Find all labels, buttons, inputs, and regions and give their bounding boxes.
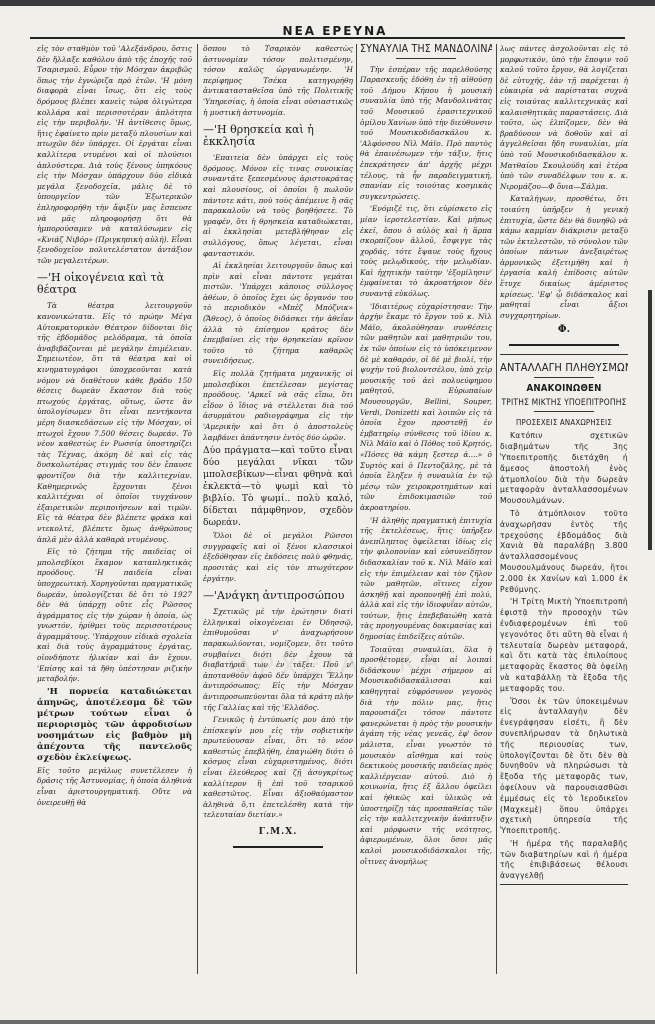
title-rule xyxy=(534,411,594,412)
scan-top-edge xyxy=(0,0,655,6)
notice-subtitle: ΤΡΙΤΗΣ ΜΙΚΤΗΣ ΥΠΟΕΠΙΤΡΟΠΗΣ xyxy=(500,397,628,408)
section-heading-representation: —'Ανάγκη ἀντιπροσώπου xyxy=(203,590,353,602)
article-title-mandolinata: ΣΥΝΑΥΛΙΑ ΤΗΣ ΜΑΝΔΟΛΙΝΑΤΑΣ xyxy=(360,44,492,55)
notice-paragraph: Τὸ ἀτμόπλοιον τοῦτο ἀναχωρῆσαν ἐντὸς τῆς… xyxy=(500,509,628,595)
article-paragraph: 'Ενόμιζέ τις, ὅτι εὑρίσκετο εἰς μίαν ἱερ… xyxy=(360,204,492,299)
article-paragraph: Γενικῶς ἡ ἐντύπωσίς μου ἀπὸ τὴν ἐπίσκεψί… xyxy=(203,715,353,821)
masthead-title: ΝΕΑ ΕΡΕΥΝΑ xyxy=(235,24,435,38)
article-paragraph: Σχετικῶς μὲ τὴν ἐρώτησιν διατὶ ἑλληνικαὶ… xyxy=(203,607,353,713)
author-initial: Φ. xyxy=(500,325,628,336)
notice-paragraph: Κατόπιν σχετικῶν διαβημάτων τῆς 3ης Ὑποε… xyxy=(500,431,628,507)
masthead-rule xyxy=(30,37,625,39)
column-2: ὅσπου τὸ Τσαρικὸν καθεστὼς ἀστυνομίαν τό… xyxy=(203,44,353,934)
notice-paragraph: Ὅσοι ἐκ τῶν ὑποκειμένων εἰς ἀνταλλαγὴν δ… xyxy=(500,697,628,837)
article-paragraph: 'Η ἀληθὴς πραγματικὴ ἐπιτυχία τῆς ἐκτελέ… xyxy=(360,516,492,643)
notice-subtitle: ΑΝΑΚΟΙΝΩΘΕΝ xyxy=(500,384,628,395)
article-paragraph: Εἰς πολλὰ ζητήματα μηχανικῆς οἱ μπολσεβί… xyxy=(203,369,353,443)
article-paragraph: Τὰ θέατρα λειτουργοῦν κανονικώτατα. Εἰς … xyxy=(37,301,192,545)
article-paragraph: εἰς τὸν σταθμὸν τοῦ 'Αλεξάνδρου, ὅστις δ… xyxy=(37,44,192,266)
article-paragraph: 'Ιδιαιτέρως εὐχαρίστησαν: Τὴν ἀρχὴν ἔκαμ… xyxy=(360,302,492,514)
column-divider xyxy=(197,44,198,974)
article-paragraph-large: Δύο πράγματα—καὶ τοῦτο εἶναι δύο μεγάλαι… xyxy=(203,445,353,529)
column-4: λως πάντες ἀσχολοῦνται εἰς τὸ μορφωτικόν… xyxy=(500,44,628,974)
section-heading-religion: —'Η θρησκεία καὶ ἡ ἐκκλησία xyxy=(203,124,353,148)
article-paragraph: Εἰς τὸ ζήτημα τῆς παιδείας οἱ μπολσεβίκο… xyxy=(37,547,192,685)
section-heading-family-theatre: —'Η οἰκογένεια καὶ τὰ θέατρα xyxy=(37,272,192,296)
scan-right-edge-bar xyxy=(648,290,652,550)
article-paragraph: ὅσπου τὸ Τσαρικὸν καθεστὼς ἀστυνομίαν τό… xyxy=(203,44,353,118)
title-rule xyxy=(534,377,594,378)
article-paragraph-bold: 'Η πορνεία καταδιώκεται ἀπηνῶς, ἀποτέλεσ… xyxy=(37,687,192,764)
scan-bottom-edge xyxy=(0,1020,655,1024)
notice-paragraph: 'Η ἡμέρα τῆς παραλαβῆς τῶν διαβατηρίων κ… xyxy=(500,839,628,882)
article-paragraph: λως πάντες ἀσχολοῦνται εἰς τὸ μορφωτικόν… xyxy=(500,44,628,192)
article-paragraph: 'Επαιτεία δὲν ὑπάρχει εἰς τοὺς δρόμους. … xyxy=(203,153,353,259)
article-paragraph: Ὅλοι δὲ οἱ μεγάλοι Ρῶσσοι συγγραφεῖς καὶ… xyxy=(203,531,353,584)
article-paragraph: Καταλήγων, προσθέτω, ὅτι τοιαύτη ὑπῆρξεν… xyxy=(500,194,628,321)
column-3: ΣΥΝΑΥΛΙΑ ΤΗΣ ΜΑΝΔΟΛΙΝΑΤΑΣ Τὴν ἑσπέραν τῆ… xyxy=(360,44,492,974)
ornamental-rule xyxy=(233,846,323,848)
title-rule xyxy=(396,58,456,59)
column-divider xyxy=(496,44,497,974)
population-exchange-notice: ΑΝΤΑΛΛΑΓΗ ΠΛΗΘΥΣΜΩΝ ΑΝΑΚΟΙΝΩΘΕΝ ΤΡΙΤΗΣ Μ… xyxy=(500,354,628,885)
article-paragraph: Αἱ ἐκκλησίαι λειτουργοῦν ὅπως καὶ πρὶν κ… xyxy=(203,261,353,367)
article-paragraph: Εἰς τοῦτο μεγάλως συνετέλεσεν ἡ δρᾶσις τ… xyxy=(37,766,192,808)
author-signature: Γ.Μ.Χ. xyxy=(203,827,353,838)
column-divider xyxy=(356,44,357,974)
notice-paragraph: 'Η Τρίτη Μικτὴ Ὑποεπιτροπὴ ἐφιστᾷ τὴν πρ… xyxy=(500,597,628,694)
notice-subheading: ΠΡΟΣΕΧΕΙΣ ΑΝΑΧΩΡΗΣΕΙΣ xyxy=(500,418,628,429)
notice-title: ΑΝΤΑΛΛΑΓΗ ΠΛΗΘΥΣΜΩΝ xyxy=(500,363,628,374)
article-paragraph: Τοιαῦται συναυλίαι, ὅλα ἡ προσθέτομεν, ε… xyxy=(360,645,492,867)
column-1: εἰς τὸν σταθμὸν τοῦ 'Αλεξάνδρου, ὅστις δ… xyxy=(37,44,192,974)
ornamental-rule xyxy=(509,344,619,346)
article-paragraph: Τὴν ἑσπέραν τῆς παρελθούσης Παρασκευῆς ἐ… xyxy=(360,65,492,203)
